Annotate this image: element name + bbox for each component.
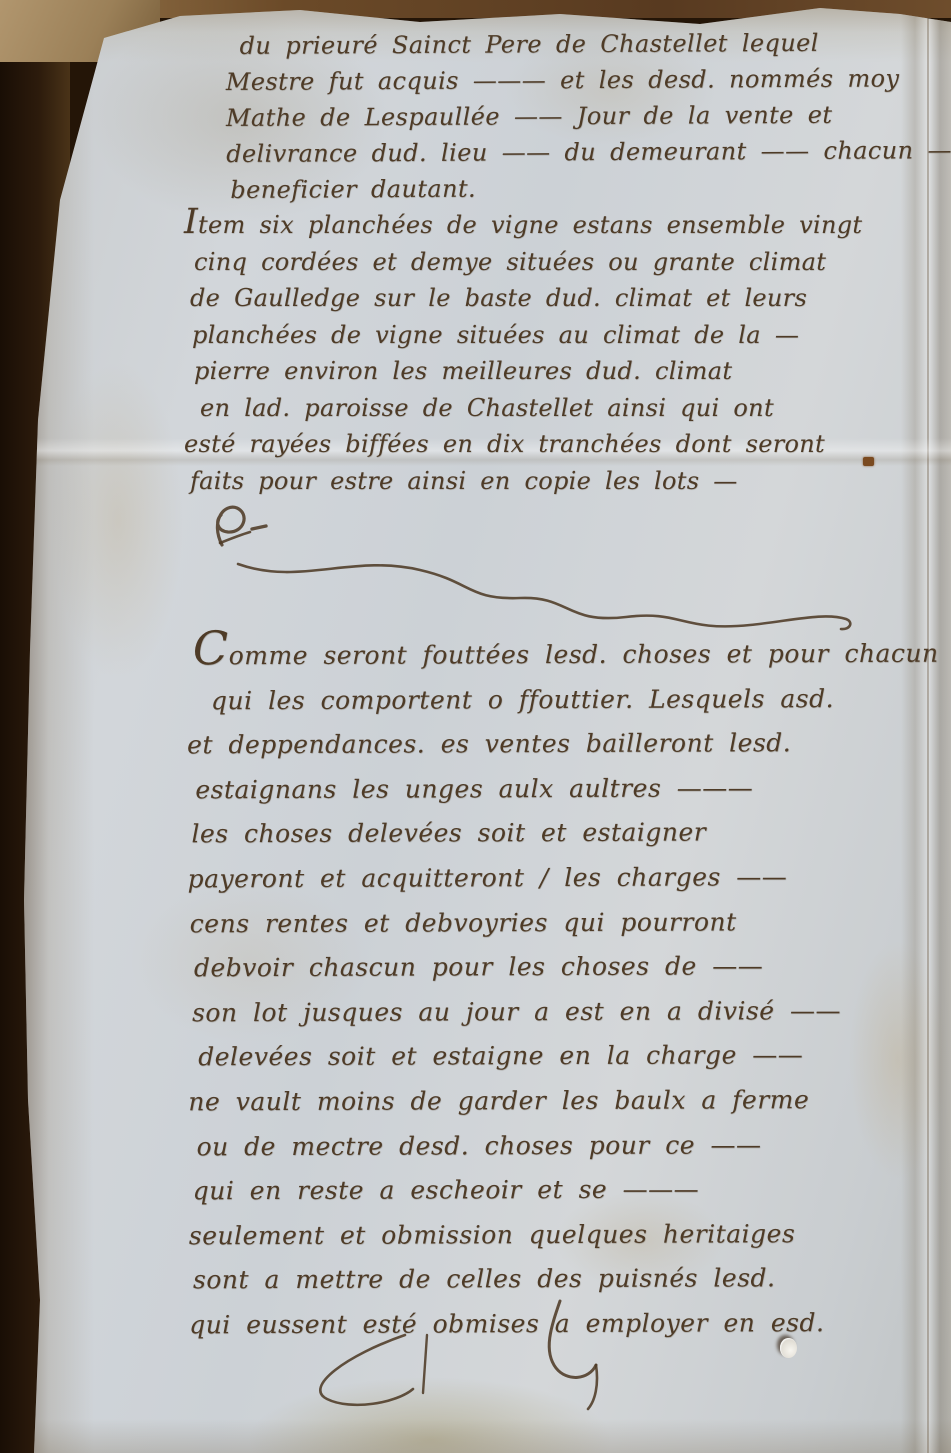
opening-paragraph: du prieuré Sainct Pere de Chastellet leq… — [226, 24, 951, 208]
manuscript-line: en lad. paroisse de Chastellet ainsi qui… — [200, 390, 862, 427]
manuscript-line: esté rayées biffées en dix tranchées don… — [184, 426, 862, 463]
manuscript-line: faits pour estre ainsi en copie les lots… — [190, 463, 862, 500]
worm-hole — [780, 1338, 797, 1358]
manuscript-line: et deppendances. es ventes bailleront le… — [187, 721, 939, 768]
manuscript-line: estaignans les unges aulx aultres ——— — [195, 765, 939, 812]
manuscript-line: delevées soit et estaigne en la charge —… — [198, 1033, 940, 1080]
manuscript-line: beneficier dautant. — [230, 168, 951, 208]
manuscript-line: seulement et obmission quelques heritaig… — [189, 1211, 941, 1258]
rust-spot — [863, 457, 874, 466]
manuscript-line: debvoir chascun pour les choses de —— — [194, 944, 940, 991]
manuscript-line: Item six planchées de vigne estans ensem… — [184, 207, 862, 244]
manuscript-line: pierre environ les meilleures dud. clima… — [194, 353, 862, 390]
manuscript-line: son lot jusques au jour a est en a divis… — [192, 988, 940, 1035]
manuscript-line: planchées de vigne situées au climat de … — [192, 317, 862, 354]
manuscript-line: Mathe de Lespaullée —— Jour de la vente … — [226, 96, 951, 136]
manuscript-line: de Gaulledge sur le baste dud. climat et… — [190, 280, 862, 317]
manuscript-line: cens rentes et debvoyries qui pourront — [190, 899, 940, 946]
manuscript-line: qui en reste a escheoir et se ——— — [193, 1167, 941, 1214]
manuscript-line: Comme seront fouttées lesd. choses et po… — [193, 632, 939, 679]
wavy-line-flourish-icon — [230, 542, 870, 642]
manuscript-page: du prieuré Sainct Pere de Chastellet leq… — [0, 0, 951, 1453]
item-vines-paragraph: Item six planchées de vigne estans ensem… — [184, 207, 862, 499]
manuscript-line: ne vault moins de garder les baulx a fer… — [188, 1078, 940, 1125]
manuscript-line: les choses delevées soit et estaigner — [191, 810, 939, 857]
manuscript-line: delivrance dud. lieu —— du demeurant —— … — [226, 132, 951, 172]
manuscript-line: payeront et acquitteront / les charges —… — [188, 855, 940, 902]
manuscript-line: qui les comportent o ffouttier. Lesquels… — [211, 676, 939, 723]
manuscript-line: du prieuré Sainct Pere de Chastellet leq… — [240, 24, 951, 64]
manuscript-line: ou de mectre desd. choses pour ce —— — [196, 1122, 940, 1169]
manuscript-line: Mestre fut acquis ——— et les desd. nommé… — [226, 60, 951, 100]
partition-clauses-paragraph: Comme seront fouttées lesd. choses et po… — [187, 632, 941, 1348]
closing-flourish-icon — [255, 1295, 635, 1425]
manuscript-line: cinq cordées et demye situées ou grante … — [194, 244, 862, 281]
